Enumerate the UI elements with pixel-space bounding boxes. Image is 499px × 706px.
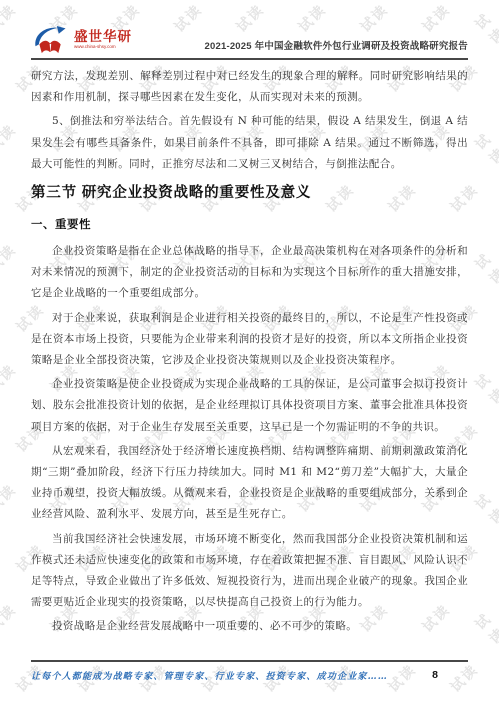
company-logo: 盛世华研 www.china-shsy.com [31, 24, 132, 55]
page-footer: 让每个人都能成为战略专家、管理专家、行业专家、投资专家、成功企业家…… 8 [31, 660, 468, 706]
document-body: 研究方法，发现差别、解释差别过程中对已经发生的现象合理的解释。同时研究影响结果的… [31, 60, 468, 660]
document-page: 试读试读试读试读试读试读试读试读试读试读试读试读试读试读试读试读试读试读试读试读… [0, 0, 499, 706]
logo-text-block: 盛世华研 www.china-shsy.com [74, 30, 132, 50]
paragraph: 从宏观来看，我国经济处于经济增长速度换档期、结构调整阵痛期、前期刺激政策消化期“… [31, 441, 468, 526]
paragraph: 企业投资策略是指在企业总体战略的指导下，企业最高决策机构在对各项条件的分析和对未… [31, 241, 468, 305]
page-content: 盛世华研 www.china-shsy.com 2021-2025 年中国金融软… [0, 0, 499, 706]
paragraph: 对于企业来说，获取利润是企业进行相关投资的最终目的，所以，不论是生产性投资或是在… [31, 308, 468, 372]
subsection-heading: 一、重要性 [31, 217, 468, 233]
report-title: 2021-2025 年中国金融软件外包行业调研及投资战略研究报告 [205, 38, 468, 55]
section-heading: 第三节 研究企业投资战略的重要性及意义 [31, 183, 468, 203]
logo-url: www.china-shsy.com [74, 45, 132, 50]
paragraph: 研究方法，发现差别、解释差别过程中对已经发生的现象合理的解释。同时研究影响结果的… [31, 66, 468, 108]
footer-slogan: 让每个人都能成为战略专家、管理专家、行业专家、投资专家、成功企业家…… [31, 669, 388, 682]
paragraph: 企业投资策略是使企业投资成为实现企业战略的工具的保证，是公司董事会拟订投资计划、… [31, 374, 468, 438]
paragraph: 投资战略是企业经营发展战略中一项重要的、必不可少的策略。 [31, 616, 468, 637]
page-header: 盛世华研 www.china-shsy.com 2021-2025 年中国金融软… [31, 24, 468, 60]
paragraph: 当前我国经济社会快速发展，市场环境不断变化，然而我国部分企业投资决策机制和运作模… [31, 529, 468, 614]
paragraph: 5、倒推法和穷举法结合。首先假设有 N 种可能的结果，假设 A 结果发生，倒退 … [31, 111, 468, 175]
page-number: 8 [432, 669, 468, 681]
logo-name: 盛世华研 [74, 30, 132, 44]
logo-swoosh-book-icon [31, 24, 71, 55]
